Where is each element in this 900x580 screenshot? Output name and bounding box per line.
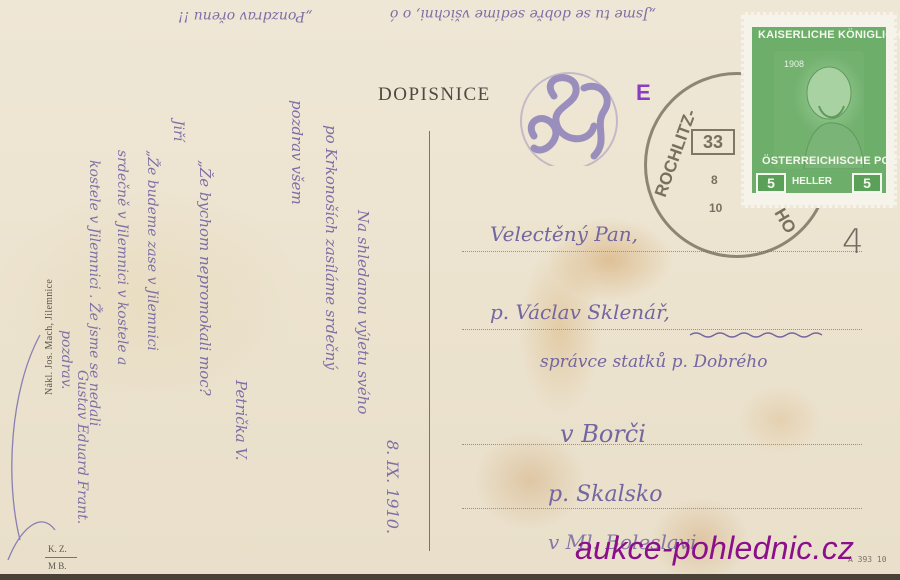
- printer-mark-bottom: M B.: [48, 561, 67, 571]
- address-village: v Borči: [560, 420, 646, 448]
- address-line-3: [462, 444, 862, 445]
- stamp-frame-bottom: ÖSTERREICHISCHE POST: [762, 155, 900, 167]
- stamp-body: KAISERLICHE KÖNIGLICHE 1908 ÖSTERREICHIS…: [752, 27, 886, 193]
- address-line-4: [462, 508, 862, 509]
- message-line-2: po Krkonoších zasíláme srdečný: [322, 125, 340, 370]
- pencil-number: 4: [842, 222, 864, 262]
- postcard-title: DOPISNICE: [378, 84, 491, 106]
- scan-edge: [0, 574, 900, 580]
- message-top-left: „Ponzdrav ořenu !!: [178, 8, 312, 24]
- postmark-box-number: 33: [691, 129, 735, 155]
- address-line-1: [462, 251, 862, 252]
- postmark-year: 10: [709, 201, 722, 215]
- postage-stamp: KAISERLICHE KÖNIGLICHE 1908 ÖSTERREICHIS…: [741, 12, 897, 208]
- message-line-6: Jiří: [170, 120, 186, 141]
- stamp-value-left: 5: [756, 173, 786, 193]
- stamp-value-right: 5: [852, 173, 882, 193]
- stamp-frame-top: KAISERLICHE KÖNIGLICHE: [758, 29, 900, 41]
- message-line-1: Na shledanou výletu svého: [354, 210, 372, 414]
- monogram-stamp-icon: [514, 66, 624, 166]
- emperor-portrait-icon: [774, 51, 864, 169]
- address-name: p. Václav Sklenář,: [490, 300, 670, 324]
- divider-line: [429, 131, 430, 551]
- name-underline: [688, 330, 828, 340]
- message-line-8: srdečně v Jilemnici v kostele a: [114, 150, 130, 365]
- message-signature-1: Petrička V.: [232, 380, 250, 460]
- stamp-denomination: HELLER: [792, 176, 832, 187]
- watermark: aukce-pohlednic.cz: [575, 530, 854, 567]
- postmark-town-suffix: HO: [770, 205, 800, 237]
- address-salutation: Velectěný Pan,: [490, 222, 638, 246]
- message-date: 8. IX. 1910.: [383, 440, 402, 534]
- message-line-3: pozdrav všem: [288, 100, 306, 205]
- message-line-11: Gustav Eduard Frant.: [74, 370, 90, 524]
- postmark-day: 8: [711, 173, 718, 187]
- message-line-7: „Že budeme zase v Jilemnici: [144, 150, 160, 351]
- violet-rubber-stamp: E: [636, 80, 652, 106]
- stamp-portrait: 1908: [774, 51, 864, 169]
- handwritten-flourish-icon: [0, 330, 70, 560]
- address-post-office: p. Skalsko: [548, 482, 663, 507]
- message-line-5: „Že bychom nepromokali moc?: [196, 160, 214, 396]
- message-top-right: „Jsme tu se dobře sedíme všichni, o ó: [390, 6, 656, 22]
- address-occupation: správce statků p. Dobrého: [540, 352, 767, 372]
- postcard-back: DOPISNICE Nákl. Jos. Mach, Jilemnice K. …: [0, 0, 900, 574]
